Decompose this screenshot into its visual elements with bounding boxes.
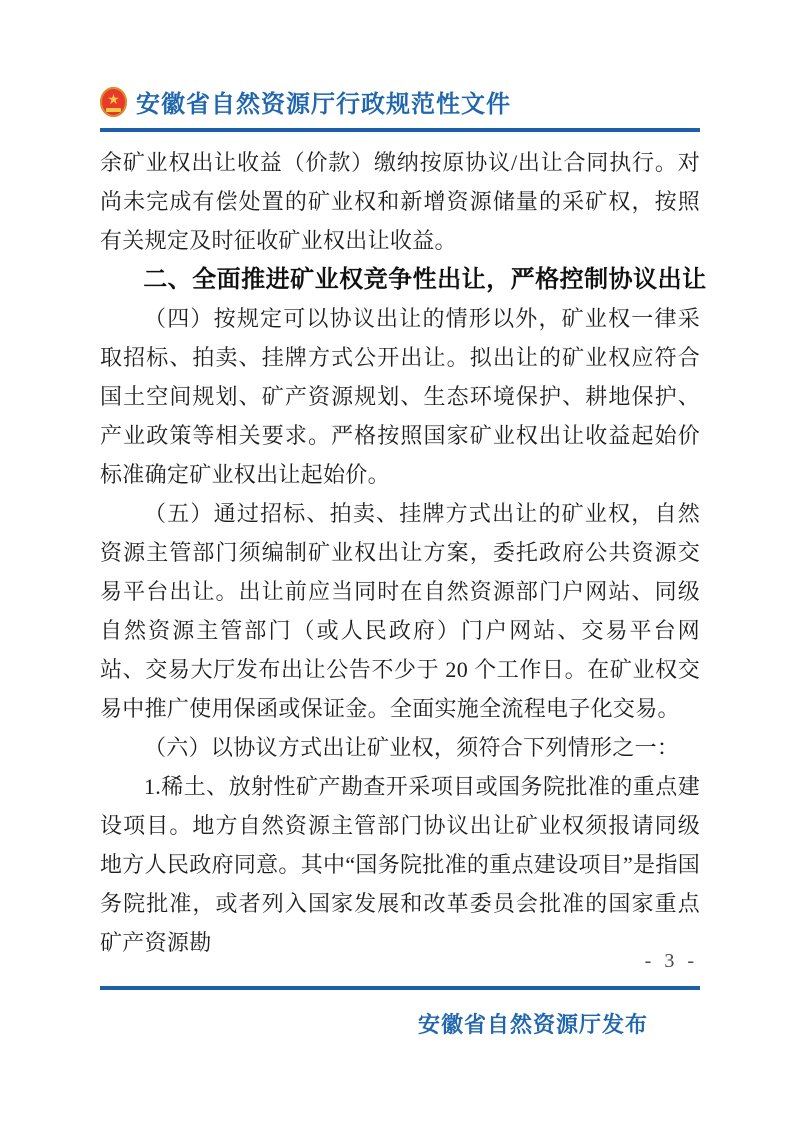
paragraph-item-6: （六）以协议方式出让矿业权，须符合下列情形之一： [100, 728, 700, 767]
document-page: ★ 安徽省自然资源厅行政规范性文件 余矿业权出让收益（价款）缴纳按原协议/出让合… [0, 0, 794, 1122]
emblem-star-icon: ★ [107, 94, 120, 108]
document-header: ★ 安徽省自然资源厅行政规范性文件 [100, 84, 700, 132]
section-heading: 二、全面推进矿业权竞争性出让，严格控制协议出让 [100, 260, 700, 299]
page-number: - 3 - [645, 950, 698, 973]
paragraph-subitem-1: 1.稀土、放射性矿产勘查开采项目或国务院批准的重点建设项目。地方自然资源主管部门… [100, 767, 700, 962]
header-title: 安徽省自然资源厅行政规范性文件 [136, 84, 511, 119]
paragraph-item-5: （五）通过招标、拍卖、挂牌方式出让的矿业权，自然资源主管部门须编制矿业权出让方案… [100, 494, 700, 728]
header-row: ★ 安徽省自然资源厅行政规范性文件 [100, 84, 700, 119]
header-divider [100, 128, 700, 132]
document-body: 余矿业权出让收益（价款）缴纳按原协议/出让合同执行。对尚未完成有偿处置的矿业权和… [100, 143, 700, 962]
footer-divider [100, 986, 700, 990]
paragraph-continuation: 余矿业权出让收益（价款）缴纳按原协议/出让合同执行。对尚未完成有偿处置的矿业权和… [100, 143, 700, 260]
publisher-line: 安徽省自然资源厅发布 [100, 1008, 700, 1039]
paragraph-item-4: （四）按规定可以协议出让的情形以外，矿业权一律采取招标、拍卖、挂牌方式公开出让。… [100, 299, 700, 494]
china-national-emblem-icon: ★ [100, 87, 127, 117]
emblem-gate-shape [106, 108, 121, 112]
